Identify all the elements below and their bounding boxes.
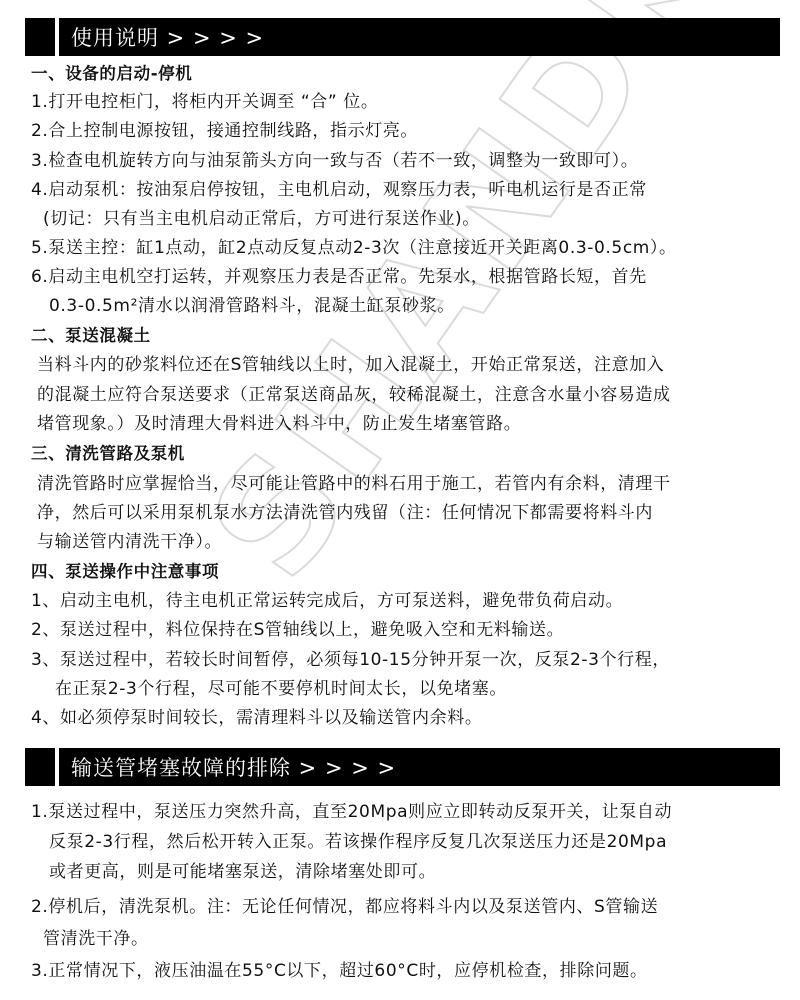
text-line: 或者更高，则是可能堵塞泵送，清除堵塞处即可。 (31, 861, 436, 883)
text-line: 2.停机后，清洗泵机。注：无论任何情况，都应将料斗内以及泵送管内、S管输送 (31, 896, 658, 918)
subsection-heading: 二、泵送混凝土 (31, 325, 151, 347)
text-line: 与输送管内清洗干净）。 (31, 531, 222, 553)
text-line: 堵管现象。）及时清理大骨料进入料斗中，防止发生堵塞管路。 (31, 413, 521, 435)
banner-block (25, 18, 59, 56)
text-line: 管清洗干净。 (31, 928, 149, 950)
text-line: 0.3-0.5m²清水以润滑管路料斗，混凝土缸泵砂浆。 (31, 295, 455, 317)
text-line: 2、泵送过程中，料位保持在S管轴线以上，避免吸入空和无料输送。 (31, 619, 564, 641)
text-line: 净，然后可以采用泵机泵水方法清洗管内残留（注：任何情况下都需要将料斗内 (31, 502, 653, 524)
text-line: 3.正常情况下，液压油温在55°C以下，超过60°C时，应停机检查，排除问题。 (31, 960, 648, 982)
subsection-heading: 四、泵送操作中注意事项 (31, 561, 219, 583)
text-line: 6.启动主电机空打运转，并观察压力表是否正常。先泵水，根据管路长短，首先 (31, 266, 647, 288)
subsection-heading: 三、清洗管路及泵机 (31, 443, 185, 465)
banner-title: 使用说明 > > > > (59, 22, 264, 52)
text-line: 1.泵送过程中，泵送压力突然升高，直至20Mpa则应立即转动反泵开关，让泵自动 (31, 801, 672, 823)
text-line: 5.泵送主控：缸1点动，缸2点动反复点动2-3次（注意接近开关距离0.3-0.5… (31, 237, 677, 259)
text-line: 4.启动泵机：按油泵启停按钮，主电机启动，观察压力表，听电机运行是否正常 (31, 179, 647, 201)
text-line: 4、如必须停泵时间较长，需清理料斗以及输送管内余料。 (31, 707, 482, 729)
banner-title: 输送管堵塞故障的排除 > > > > (59, 752, 396, 782)
text-line: 2.合上控制电源按钮，接通控制线路，指示灯亮。 (31, 120, 418, 142)
text-line: (切记：只有当主电机启动正常后，方可进行泵送作业)。 (31, 208, 480, 230)
text-line: 1、启动主电机，待主电机正常运转完成后，方可泵送料，避免带负荷启动。 (31, 590, 623, 612)
text-line: 当料斗内的砂浆料位还在S管轴线以上时，加入混凝土，开始正常泵送，注意加入 (31, 354, 664, 376)
text-line: 的混凝土应符合泵送要求（正常泵送商品灰，较稀混凝土，注意含水量小容易造成 (31, 384, 671, 406)
subsection-heading: 一、设备的启动-停机 (31, 63, 192, 85)
section-banner-blockage: 输送管堵塞故障的排除 > > > > (25, 748, 780, 786)
text-line: 清洗管路时应掌握恰当，尽可能让管路中的料石用于施工，若管内有余料，清理干 (31, 473, 671, 495)
text-line: 3、泵送过程中，若较长时间暂停，必须每10-15分钟开泵一次，反泵2-3个行程， (31, 649, 670, 671)
text-line: 在正泵2-3个行程，尽可能不要停机时间太长，以免堵塞。 (31, 678, 507, 700)
text-line: 1.打开电控柜门，将柜内开关调至 “合” 位。 (31, 91, 378, 113)
banner-block (25, 748, 59, 786)
section-banner-usage: 使用说明 > > > > (25, 18, 780, 56)
text-line: 3.检查电机旋转方向与油泵箭头方向一致与否（若不一致，调整为一致即可）。 (31, 150, 638, 172)
text-line: 反泵2-3行程，然后松开转入正泵。若该操作程序反复几次泵送压力还是20Mpa (31, 831, 667, 853)
